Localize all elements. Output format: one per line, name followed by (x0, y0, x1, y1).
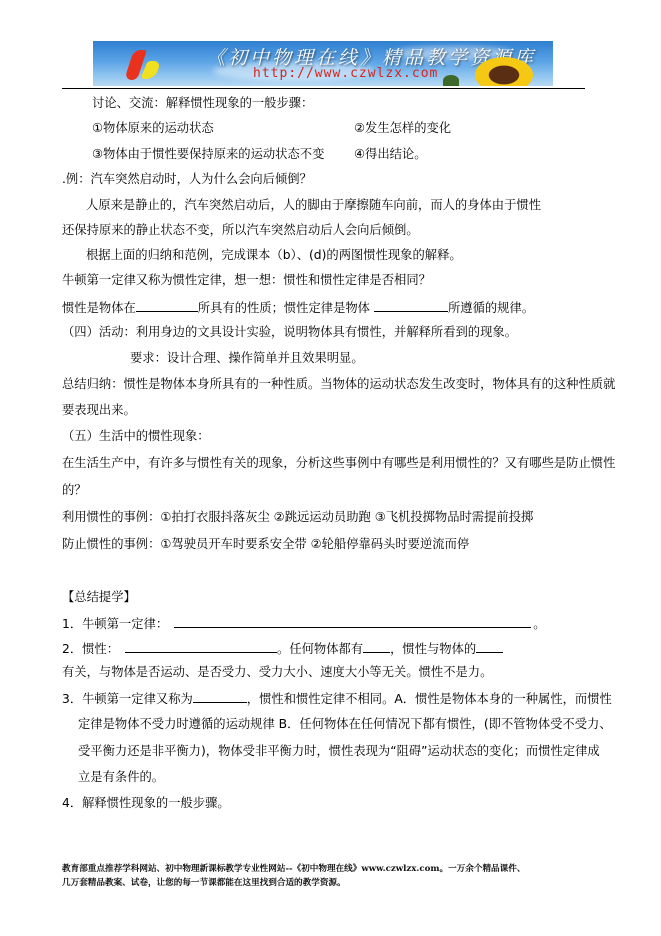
activity-summary-line2: 要表现出来。 (62, 402, 136, 418)
step-1: ①物体原来的运动状态 (92, 120, 214, 136)
fill-text-2: 所具有的性质；惯性定律是物体 (198, 301, 370, 315)
logo-icon-secondary (140, 61, 161, 79)
header-banner: 《初中物理在线》精品教学资源库 http://www.czwlzx.com (93, 41, 553, 86)
blank-field-newton-law[interactable] (174, 614, 531, 628)
example-answer-line1: 人原来是静止的，汽车突然启动后，人的脚由于摩擦随车向前，而人的身体由于惯性 (86, 197, 541, 213)
sunflower-image (475, 57, 533, 86)
item3-rest: ，惯性和惯性定律不相同。A．惯性是物体本身的一种属性，而惯性 (247, 692, 612, 706)
item2-mid2: ，惯性与物体的 (390, 642, 476, 656)
step-2: ②发生怎样的变化 (354, 120, 451, 136)
blank-field-inertia-related[interactable] (476, 639, 503, 653)
life-title: （五）生活中的惯性现象： (62, 428, 210, 444)
summary-item-2: 2．惯性：。任何物体都有，惯性与物体的 (62, 639, 503, 657)
example-question: .例：汽车突然启动时，人为什么会向后倾倒？ (62, 171, 312, 187)
step-4: ④得出结论。 (354, 146, 427, 162)
discussion-intro: 讨论、交流：解释惯性现象的一般步骤： (92, 95, 313, 111)
use-inertia-examples: 利用惯性的事例：①拍打衣服抖落灰尘 ②跳远运动员助跑 ③飞机投掷物品时需提前投掷 (62, 509, 533, 525)
footer-line-2: 几万套精品教案、试卷，让您的每一节课都能在这里找到合适的教学资源。 (62, 876, 602, 890)
step-3: ③物体由于惯性要保持原来的运动状态不变 (92, 146, 324, 162)
blank-field-inertia-all[interactable] (363, 639, 390, 653)
life-intro-line2: 的？ (62, 482, 87, 498)
summary-item-2-line2: 有关，与物体是否运动、是否受力、受力大小、速度大小等无关。惯性不是力。 (62, 664, 492, 680)
summary-item-1: 1．牛顿第一定律：。 (62, 614, 546, 632)
page-footer: 教育部重点推荐学科网站、初中物理新课标教学专业性网站--《初中物理在线》www.… (62, 862, 602, 890)
summary-item-3-line4: 立是有条件的。 (78, 769, 164, 785)
blank-field-inertia-def[interactable] (125, 639, 277, 653)
item2-mid: 。任何物体都有 (277, 642, 363, 656)
leaf-decoration (443, 75, 459, 86)
item3-label: 3．牛顿第一定律又称为 (62, 692, 193, 706)
item1-label: 1．牛顿第一定律： (62, 617, 168, 631)
activity-title: （四）活动：利用身边的文具设计实验，说明物体具有惯性，并解释所看到的现象。 (62, 324, 517, 340)
prevent-inertia-examples: 防止惯性的事例：①驾驶员开车时要系安全带 ②轮船停靠码头时要逆流而停 (62, 536, 469, 552)
activity-summary-line1: 总结归纳：惯性是物体本身所具有的一种性质。当物体的运动状态发生改变时，物体具有的… (62, 376, 615, 392)
blank-field-alt-name[interactable] (193, 689, 247, 703)
summary-item-3-line2: 定律是物体不受力时遵循的运动规律 B．任何物体在任何情况下都有惯性，(即不管物体… (78, 716, 612, 732)
fill-text-1: 惯性是物体在 (62, 301, 136, 315)
activity-requirement: 要求：设计合理、操作简单并且效果明显。 (130, 350, 364, 366)
comparison-question: 牛顿第一定律又称为惯性定律，想一想：惯性和惯性定律是否相同？ (62, 272, 431, 288)
footer-line-1: 教育部重点推荐学科网站、初中物理新课标教学专业性网站--《初中物理在线》www.… (62, 862, 602, 876)
comparison-fill-line: 惯性是物体在所具有的性质；惯性定律是物体所遵循的规律。 (62, 298, 534, 316)
life-intro-line1: 在生活生产中，有许多与惯性有关的现象，分析这些事例中有哪些是利用惯性的？又有哪些… (62, 455, 615, 471)
example-answer-line2: 还保持原来的静止状态不变，所以汽车突然启动后人会向后倾倒。 (62, 222, 419, 238)
item2-label: 2．惯性： (62, 642, 119, 656)
example-task: 根据上面的归纳和范例，完成课本（b）、(d)的两图惯性现象的解释。 (86, 247, 462, 263)
blank-field-1[interactable] (136, 298, 198, 312)
summary-item-4: 4．解释惯性现象的一般步骤。 (62, 795, 230, 811)
header-divider (62, 88, 585, 89)
banner-url: http://www.czwlzx.com (253, 66, 438, 81)
fill-text-3: 所遵循的规律。 (448, 301, 534, 315)
item1-end: 。 (533, 617, 545, 631)
summary-heading: 【总结提学】 (62, 589, 136, 605)
summary-item-3: 3．牛顿第一定律又称为，惯性和惯性定律不相同。A．惯性是物体本身的一种属性，而惯… (62, 689, 612, 707)
summary-item-3-line3: 受平衡力还是非平衡力)，物体受非平衡力时，惯性表现为“阻碍”运动状态的变化；而惯… (78, 743, 600, 759)
blank-field-2[interactable] (374, 298, 448, 312)
